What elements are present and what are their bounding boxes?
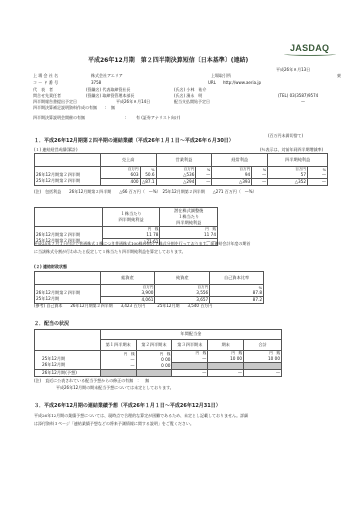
exchange: 東 (337, 73, 341, 78)
col-header-total-assets: 総資産 (100, 272, 155, 285)
split-note-2: に当該株式分割が行われたと仮定して１株当たり四半期純利益を算定しております。 (34, 249, 186, 254)
supp-material-label: 四半期決算補足説明資料作成の有無 (33, 105, 97, 110)
col-header-eps: １株当たり 四半期純利益 (102, 208, 160, 227)
rep-title: (役職名) 代表取締役社長 (86, 87, 130, 92)
dividend-note-2: 平成26年12月期の期末配当予想については未定としております。 (56, 385, 174, 390)
logo-swoosh-icon (284, 52, 336, 56)
supp-material: 無 (111, 105, 115, 110)
col-header-q2: 第２四半期末 (136, 339, 172, 350)
equity-note: (参考) 自己資本 26年12月期第２四半期 3,423 百万円 25年12月期… (34, 303, 212, 308)
contact-label: 問合せ先責任者 (33, 93, 61, 98)
table-row: 26年12月期 — 0 00 (35, 362, 282, 369)
col-header-year-end: 期末 (208, 339, 244, 350)
section3-title: ３．平成26年12月期の連結業績予想（平成26年１月１日～平成26年12月31日… (34, 403, 221, 409)
briefing-label: 四半期決算説明会開催の有無 (33, 115, 85, 120)
url-label: URL (208, 80, 216, 85)
rep-name: (氏名) 小林 祐介 (174, 87, 206, 92)
forecast-body-2: は添付資料３ページ「連結業績予想などの将来予測情報に関する説明」をご覧ください。 (34, 421, 194, 426)
listed-name: 株式会社アエリア (91, 73, 123, 78)
table-row: 25年12月期 円 銭— 円 銭0 00 円 銭— 円 銭10 00 円 銭10… (35, 351, 282, 363)
sub2-title: (２) 連結財政状態 (34, 264, 67, 269)
comprehensive-income-note: (注) 包括利益 26年12月期第２四半期 △66 百万円（ —%） 25年12… (34, 189, 257, 194)
report-date-label: 四半期報告書提出予定日 (33, 99, 77, 104)
briefing: 有 (証券アナリスト向け) (136, 115, 180, 120)
col-header-sales: 売上高 (100, 154, 156, 167)
col-header-operating: 営業利益 (156, 154, 212, 167)
exchange-label: 上場取引所 (211, 73, 231, 78)
eps-table: １株当たり 四半期純利益 潜在株式調整後 １株当たり 四半期純利益 26年12月… (34, 207, 218, 246)
dividend-table: 年間配当金 第１四半期末 第２四半期末 第３四半期末 期末 合計 25年12月期… (34, 329, 282, 377)
col-header-q3: 第３四半期末 (172, 339, 208, 350)
col-header-total: 合計 (244, 339, 282, 350)
forecast-body-1: 平成26年12月期の業績予想については、現時点で合理的な算定が困難であるため、未… (34, 413, 248, 418)
table-row: 26年12月期(予想) — — — (35, 369, 282, 376)
col-header-annual-dividend: 年間配当金 (100, 330, 281, 340)
dividend-start: — (301, 99, 305, 104)
results-table: 売上高 営業利益 経常利益 四半期純利益 26年12月期第２四半期 百万円603… (34, 153, 328, 186)
table-row: 25年12月期 4,061 3,657 87.2 (35, 296, 264, 303)
table-row: 26年12月期第２四半期 百万円603 %50.6 百万円△536 %— 百万円… (35, 167, 328, 179)
sub1-note: (％表示は、対前年同四半期増減率) (260, 147, 323, 152)
url-link[interactable]: http://www.aeria.jp (223, 80, 261, 85)
code: 3758 (91, 80, 101, 85)
tel: (TEL) 03(3587)9574 (278, 93, 318, 98)
col-header-net: 四半期純利益 (268, 154, 328, 167)
table-row: 25年12月期第２四半期 400 △87.1 △294 — △393 — △35… (35, 178, 328, 185)
table-row: 26年12月期第２四半期 円 銭11 78 円 銭11 74 (35, 227, 218, 239)
rounding-note: (百万円未満切捨て) (268, 133, 303, 138)
split-note-1: 平成25年７月１日付けで普通株式１株につき普通株式100株の割合で株式分割を行っ… (34, 241, 250, 246)
col-header-ordinary: 経常利益 (212, 154, 268, 167)
code-label: コ ー ド 番 号 (33, 80, 58, 85)
contact-title: (役職名) 取締役管理本部長 (86, 93, 134, 98)
rep-label: 代 表 者 (33, 87, 53, 92)
publish-date: 平成26年８月13日 (276, 67, 310, 72)
col-header-equity-ratio: 自己資本比率 (210, 272, 264, 285)
table-row: 26年12月期第２四半期 百万円3,900 百万円3,556 %87.8 (35, 285, 264, 297)
listed-name-label: 上 場 会 社 名 (33, 73, 58, 78)
dividend-note-1: (注) 直近に公表されている配当予想からの修正の有無 ： 無 (34, 378, 149, 383)
report-date: 平成26年８月14日 (116, 99, 150, 104)
col-header-q1: 第１四半期末 (100, 339, 136, 350)
col-header-diluted-eps: 潜在株式調整後 １株当たり 四半期純利益 (160, 208, 218, 227)
document-title: 平成26年12月期 第２四半期決算短信〔日本基準〕(連結) (88, 57, 248, 64)
section2-title: ２．配当の状況 (34, 321, 69, 327)
contact-name: (氏名) 濱永 明 (174, 93, 202, 98)
section1-title: １．平成26年12月期第２四半期の連結業績（平成26年１月１日～平成26年６月3… (34, 138, 234, 144)
sub1-title: (１) 連結経営成績(累計) (34, 147, 78, 152)
col-header-net-assets: 純資産 (155, 272, 210, 285)
position-table: 総資産 純資産 自己資本比率 26年12月期第２四半期 百万円3,900 百万円… (34, 271, 264, 304)
dividend-start-label: 配当支払開始予定日 (174, 99, 210, 104)
